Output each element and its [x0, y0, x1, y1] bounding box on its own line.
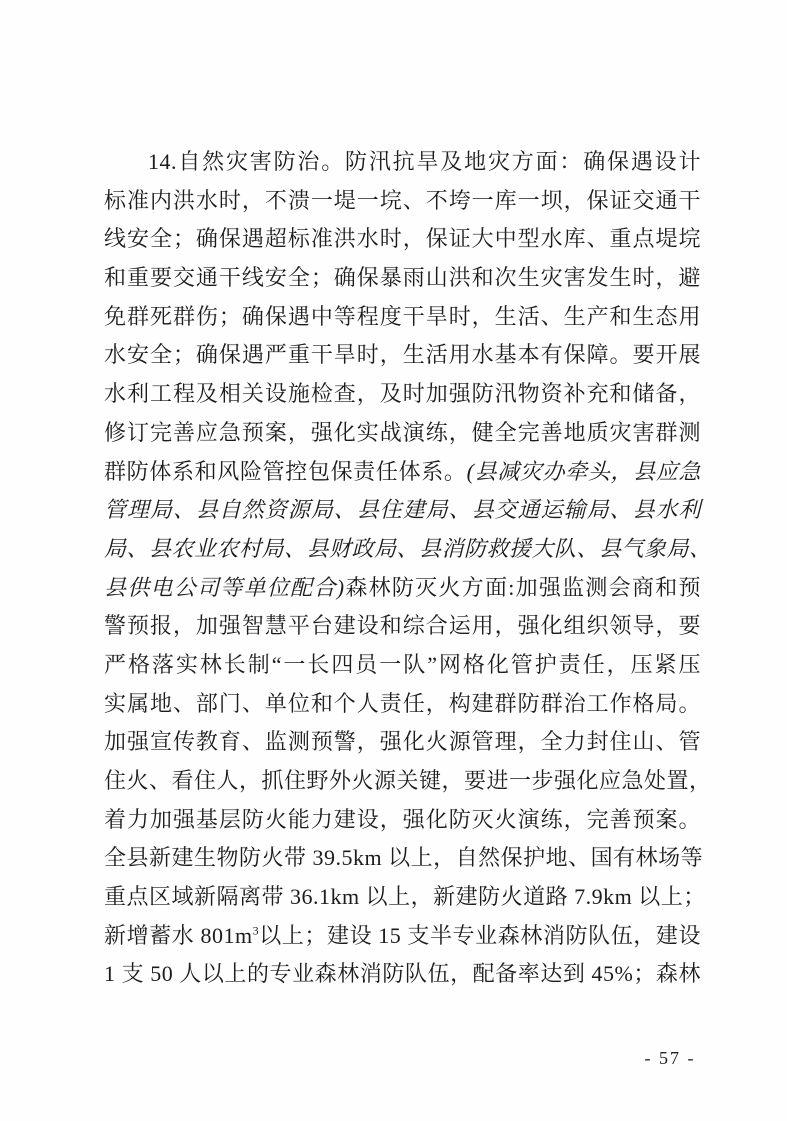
- text-segment: 群防体系和风险管控包保责任体系。: [104, 459, 467, 484]
- text-line: 水安全；确保遇严重干旱时，生活用水基本有保障。要开展: [104, 336, 701, 375]
- text-line: 和重要交通干线安全；确保暴雨山洪和次生灾害发生时，避: [104, 259, 701, 298]
- text-line: 全县新建生物防火带 39.5km 以上，自然保护地、国有林场等: [104, 839, 701, 878]
- text-segment: 修订完善应急预案，强化实战演练，健全完善地质灾害群测: [104, 420, 701, 445]
- text-segment: 森林防灭火方面:加强监测会商和预: [345, 575, 701, 600]
- text-line: 线安全；确保遇超标准洪水时，保证大中型水库、重点堤垸: [104, 220, 701, 259]
- text-segment: 加强宣传教育、监测预警，强化火源管理，全力封住山、管: [104, 729, 701, 754]
- text-segment: 重点区域新隔离带 36.1km 以上，新建防火道路 7.9km 以上；: [104, 884, 706, 909]
- text-line: 管理局、县自然资源局、县住建局、县交通运输局、县水利: [104, 491, 701, 530]
- text-segment: 以上；建设 15 支半专业森林消防队伍，建设: [259, 923, 701, 948]
- text-segment: 水利工程及相关设施检查，及时加强防汛物资补充和储备，: [104, 381, 701, 406]
- text-line: 标准内洪水时，不溃一堤一垸、不垮一库一坝，保证交通干: [104, 182, 701, 221]
- text-line: 1 支 50 人以上的专业森林消防队伍，配备率达到 45%；森林: [104, 955, 701, 994]
- text-segment: 实属地、部门、单位和个人责任，构建群防群治工作格局。: [104, 691, 701, 716]
- text-line: 严格落实林长制“一长四员一队”网格化管护责任，压紧压: [104, 646, 701, 685]
- text-segment: 全县新建生物防火带 39.5km 以上，自然保护地、国有林场等: [104, 845, 703, 870]
- text-segment: 水安全；确保遇严重干旱时，生活用水基本有保障。要开展: [104, 342, 701, 367]
- text-line: 新增蓄水 801m3以上；建设 15 支半专业森林消防队伍，建设: [104, 917, 701, 956]
- text-line: 加强宣传教育、监测预警，强化火源管理，全力封住山、管: [104, 723, 701, 762]
- text-segment: 1 支 50 人以上的专业森林消防队伍，配备率达到 45%；森林: [104, 961, 701, 986]
- text-segment: (县减灾办牵头，县应急: [467, 459, 701, 484]
- text-line: 水利工程及相关设施检查，及时加强防汛物资补充和储备，: [104, 375, 701, 414]
- text-segment: 着力加强基层防火能力建设，强化防灭火演练，完善预案。: [104, 807, 701, 832]
- text-line: 局、县农业农村局、县财政局、县消防救援大队、县气象局、: [104, 530, 701, 569]
- text-segment: 免群死群伤；确保遇中等程度干旱时，生活、生产和生态用: [104, 304, 701, 329]
- text-line: 警预报，加强智慧平台建设和综合运用，强化组织领导，要: [104, 607, 701, 646]
- text-segment: 县供电公司等单位配合): [104, 575, 345, 600]
- text-segment: 局、县农业农村局、县财政局、县消防救援大队、县气象局、: [104, 536, 712, 561]
- page-number: - 57 -: [640, 1048, 700, 1069]
- text-segment: 和重要交通干线安全；确保暴雨山洪和次生灾害发生时，避: [104, 265, 701, 290]
- text-line: 住火、看住人，抓住野外火源关键，要进一步强化应急处置，: [104, 762, 701, 801]
- text-segment: 住火、看住人，抓住野外火源关键，要进一步强化应急处置，: [104, 768, 712, 793]
- text-segment: 新增蓄水 801m: [104, 923, 253, 948]
- text-segment: 线安全；确保遇超标准洪水时，保证大中型水库、重点堤垸: [104, 226, 701, 251]
- text-line: 群防体系和风险管控包保责任体系。(县减灾办牵头，县应急: [104, 453, 701, 492]
- text-line: 修订完善应急预案，强化实战演练，健全完善地质灾害群测: [104, 414, 701, 453]
- text-segment: 14.自然灾害防治。防汛抗旱及地灾方面：确保遇设计: [148, 149, 701, 174]
- text-line: 重点区域新隔离带 36.1km 以上，新建防火道路 7.9km 以上；: [104, 878, 701, 917]
- text-segment: 标准内洪水时，不溃一堤一垸、不垮一库一坝，保证交通干: [104, 188, 701, 213]
- text-line: 14.自然灾害防治。防汛抗旱及地灾方面：确保遇设计: [104, 143, 701, 182]
- text-line: 着力加强基层防火能力建设，强化防灭火演练，完善预案。: [104, 801, 701, 840]
- text-segment: 警预报，加强智慧平台建设和综合运用，强化组织领导，要: [104, 613, 701, 638]
- text-line: 县供电公司等单位配合)森林防灭火方面:加强监测会商和预: [104, 569, 701, 608]
- text-segment: 管理局、县自然资源局、县住建局、县交通运输局、县水利: [104, 497, 701, 522]
- text-line: 免群死群伤；确保遇中等程度干旱时，生活、生产和生态用: [104, 298, 701, 337]
- text-line: 实属地、部门、单位和个人责任，构建群防群治工作格局。: [104, 685, 701, 724]
- text-block: 14.自然灾害防治。防汛抗旱及地灾方面：确保遇设计标准内洪水时，不溃一堤一垸、不…: [104, 143, 701, 994]
- document-page: 14.自然灾害防治。防汛抗旱及地灾方面：确保遇设计标准内洪水时，不溃一堤一垸、不…: [0, 0, 787, 1121]
- text-segment: 严格落实林长制“一长四员一队”网格化管护责任，压紧压: [104, 652, 701, 677]
